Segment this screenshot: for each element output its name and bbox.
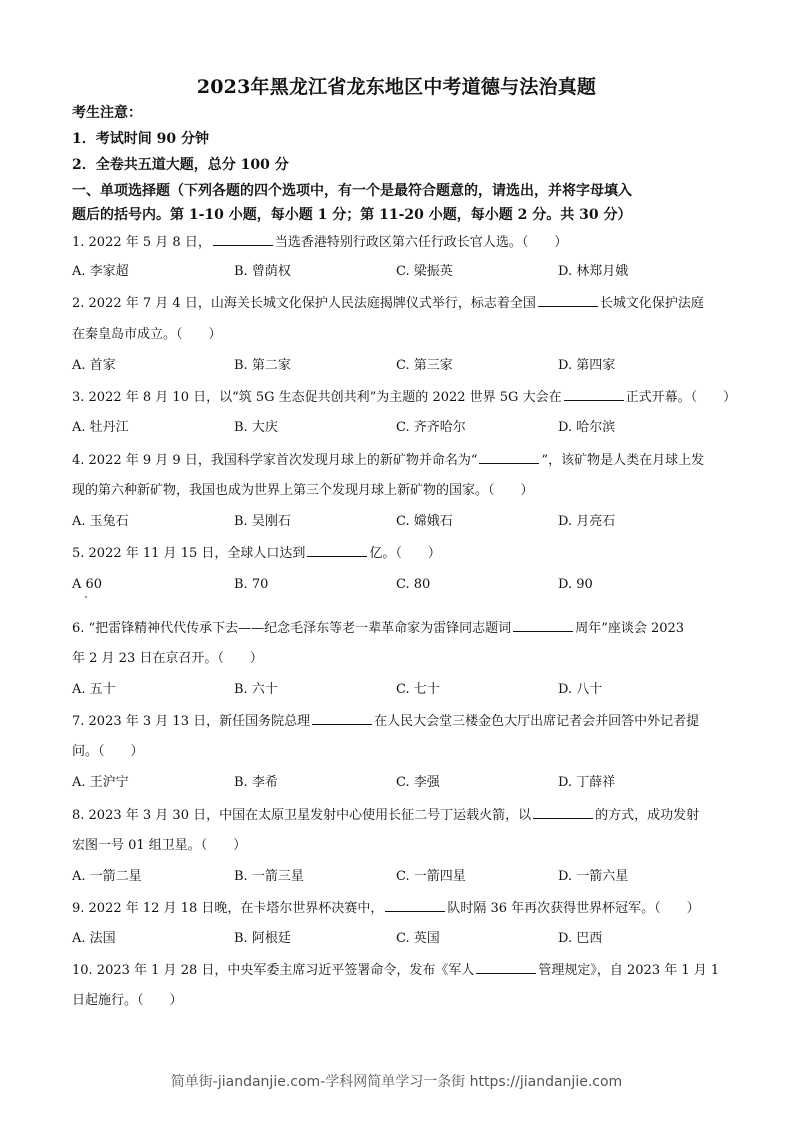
question-9-stem: 9. 2022 年 12 月 18 日晚，在卡塔尔世界杯决赛中，队时隔 36 年… [72, 899, 700, 918]
option-c: C. 一箭四星 [396, 868, 466, 886]
option-d: D. 巴西 [558, 930, 602, 948]
question-2-stem: 2. 2022 年 7 月 4 日，山海关长城文化保护人民法庭揭牌仪式举行，标志… [72, 294, 704, 313]
notice-heading: 考生注意： [72, 104, 142, 122]
stem-text: 当选香港特别行政区第六任行政长官人选。（ ） [275, 235, 568, 250]
option-c: C. 齐齐哈尔 [396, 419, 466, 437]
option-a: A. 李家超 [72, 263, 129, 281]
question-7-stem-cont: 问。（ ） [72, 743, 144, 761]
question-4-stem-cont: 现的第六种新矿物，我国也成为世界上第三个发现月球上新矿物的国家。（ ） [72, 482, 534, 500]
option-b: B. 李希 [234, 774, 278, 792]
option-b: B. 一箭三星 [234, 868, 304, 886]
stem-text: 6. “把雷锋精神代代传承下去——纪念毛泽东等老一辈革命家为雷锋同志题词 [72, 621, 511, 636]
option-c: C. 梁振英 [396, 263, 453, 281]
answer-blank [312, 712, 372, 725]
stem-text: 9. 2022 年 12 月 18 日晚，在卡塔尔世界杯决赛中， [72, 901, 383, 916]
option-a: A. 法国 [72, 930, 116, 948]
option-c: C. 英国 [396, 930, 440, 948]
stray-mark [85, 596, 87, 598]
answer-blank [476, 961, 536, 974]
stem-text: 的方式，成功发射 [595, 808, 699, 823]
option-a: A. 首家 [72, 357, 116, 375]
stem-text: 在人民大会堂三楼金色大厅出席记者会并回答中外记者提 [374, 714, 699, 729]
stem-text: 4. 2022 年 9 月 9 日，我国科学家首次发现月球上的新矿物并命名为“ [72, 453, 477, 468]
option-c: C. 80 [396, 576, 430, 594]
question-3-stem: 3. 2022 年 8 月 10 日，以“筑 5G 生态促共创共利”为主题的 2… [72, 388, 736, 407]
stem-text: 亿。（ ） [369, 546, 441, 561]
stem-text: 周年”座谈会 2023 [575, 621, 684, 636]
section-instructions: 一、单项选择题（下列各题的四个选项中，有一个是最符合题意的，请选出，并将字母填入 [72, 182, 632, 200]
option-d: D. 哈尔滨 [558, 419, 615, 437]
answer-blank [213, 233, 273, 246]
stem-text: 5. 2022 年 11 月 15 日，全球人口达到 [72, 546, 305, 561]
option-d: D. 月亮石 [558, 513, 615, 531]
answer-blank [385, 899, 445, 912]
option-d: D. 丁薛祥 [558, 774, 615, 792]
watermark-footer: 简单街-jiandanjie.com-学科网简单学习一条街 https://ji… [0, 1071, 793, 1091]
option-b: B. 大庆 [234, 419, 278, 437]
question-2-stem-cont: 在秦皇岛市成立。（ ） [72, 326, 222, 344]
stem-text: 正式开幕。（ ） [626, 390, 737, 405]
question-8-stem-cont: 宏图一号 01 组卫星。（ ） [72, 837, 246, 855]
option-d: D. 第四家 [558, 357, 615, 375]
option-b: B. 阿根廷 [234, 930, 291, 948]
question-4-stem: 4. 2022 年 9 月 9 日，我国科学家首次发现月球上的新矿物并命名为“”… [72, 451, 704, 470]
stem-text: 长城文化保护法庭 [600, 296, 704, 311]
stem-text: 队时隔 36 年再次获得世界杯冠军。（ ） [447, 901, 699, 916]
stem-text: 8. 2023 年 3 月 30 日，中国在太原卫星发射中心使用长征二号丁运载火… [72, 808, 531, 823]
stem-text: 3. 2022 年 8 月 10 日，以“筑 5G 生态促共创共利”为主题的 2… [72, 390, 562, 405]
exam-page: 2023年黑龙江省龙东地区中考道德与法治真题 考生注意： 1．考试时间 90 分… [0, 0, 793, 1122]
stem-text: 1. 2022 年 5 月 8 日， [72, 235, 211, 250]
question-6-stem: 6. “把雷锋精神代代传承下去——纪念毛泽东等老一辈革命家为雷锋同志题词周年”座… [72, 619, 684, 638]
stem-text: 管理规定》，自 2023 年 1 月 1 [538, 963, 719, 978]
section-instructions: 题后的括号内。第 1-10 小题，每小题 1 分；第 11-20 小题，每小题 … [72, 206, 632, 224]
option-a: A. 牡丹江 [72, 419, 129, 437]
question-10-stem: 10. 2023 年 1 月 28 日，中央军委主席习近平签署命令，发布《军人管… [72, 961, 719, 980]
answer-blank [564, 388, 624, 401]
option-a: A. 一箭二星 [72, 868, 142, 886]
question-7-stem: 7. 2023 年 3 月 13 日，新任国务院总理在人民大会堂三楼金色大厅出席… [72, 712, 699, 731]
option-b: B. 第二家 [234, 357, 291, 375]
option-d: D. 一箭六星 [558, 868, 628, 886]
option-b: B. 曾荫权 [234, 263, 291, 281]
answer-blank [533, 806, 593, 819]
option-d: D. 八十 [558, 681, 602, 699]
option-b: B. 六十 [234, 681, 278, 699]
question-8-stem: 8. 2023 年 3 月 30 日，中国在太原卫星发射中心使用长征二号丁运载火… [72, 806, 699, 825]
stem-text: ”，该矿物是人类在月球上发 [541, 453, 704, 468]
question-5-stem: 5. 2022 年 11 月 15 日，全球人口达到亿。（ ） [72, 544, 441, 563]
option-d: D. 90 [558, 576, 593, 594]
option-b: B. 70 [234, 576, 268, 594]
question-6-stem-cont: 年 2 月 23 日在京召开。（ ） [72, 650, 263, 668]
option-a: A. 王沪宁 [72, 774, 129, 792]
stem-text: 2. 2022 年 7 月 4 日，山海关长城文化保护人民法庭揭牌仪式举行，标志… [72, 296, 536, 311]
option-c: C. 嫦娥石 [396, 513, 453, 531]
answer-blank [538, 294, 598, 307]
option-b: B. 吴刚石 [234, 513, 291, 531]
question-10-stem-cont: 日起施行。（ ） [72, 992, 183, 1010]
stem-text: 7. 2023 年 3 月 13 日，新任国务院总理 [72, 714, 310, 729]
option-a: A. 玉兔石 [72, 513, 129, 531]
option-c: C. 第三家 [396, 357, 453, 375]
answer-blank [513, 619, 573, 632]
notice-item: 2．全卷共五道大题，总分 100 分 [72, 156, 289, 174]
answer-blank [479, 451, 539, 464]
page-title: 2023年黑龙江省龙东地区中考道德与法治真题 [0, 72, 793, 99]
option-a: A 60 [72, 576, 102, 594]
option-a: A. 五十 [72, 681, 116, 699]
option-d: D. 林郑月娥 [558, 263, 628, 281]
option-c: C. 李强 [396, 774, 440, 792]
option-c: C. 七十 [396, 681, 440, 699]
question-1-stem: 1. 2022 年 5 月 8 日，当选香港特别行政区第六任行政长官人选。（ ） [72, 233, 567, 252]
notice-item: 1．考试时间 90 分钟 [72, 130, 209, 148]
answer-blank [307, 544, 367, 557]
stem-text: 10. 2023 年 1 月 28 日，中央军委主席习近平签署命令，发布《军人 [72, 963, 474, 978]
